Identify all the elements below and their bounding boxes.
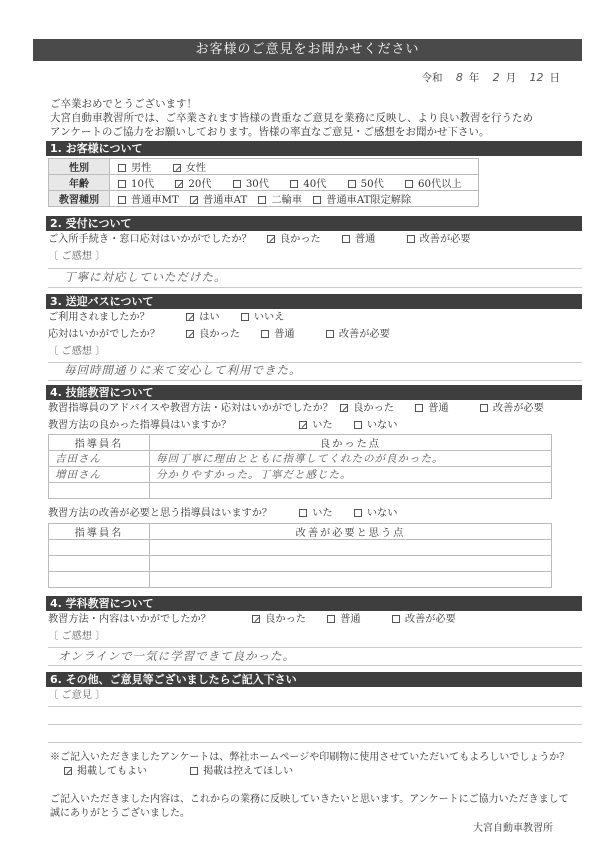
option-label: 30代 — [246, 179, 269, 190]
option-60s-plus[interactable]: 60代以上 — [405, 175, 462, 190]
checkbox-icon[interactable] — [190, 767, 198, 775]
age-options: 10代 20代 30代 40代 50代 60代以上 — [110, 175, 479, 191]
gender-options: 男性 女性 — [110, 159, 479, 175]
good-instructor-row: 教習方法の良かった指導員はいますか？ いた いない — [48, 419, 415, 433]
instructor-name-cell[interactable] — [49, 540, 150, 556]
checkbox-icon[interactable] — [327, 615, 335, 623]
thanks-line: ご記入いただきました内容は、これからの業務に反映していきたいと思います。アンケー… — [50, 793, 569, 807]
improve-instructor-row: 教習方法の改善が必要と思う指導員はいますか？ いた いない — [48, 507, 415, 521]
date-field: 令和 8年 2月 12日 — [421, 70, 560, 85]
table-row — [49, 572, 552, 588]
section-heading-shuttle-bus: 3. 送迎バスについて — [46, 294, 582, 309]
option-label: 男性 — [131, 163, 151, 174]
intro-text: ご卒業おめでとうございます！ 大宮自動車教習所では、ご卒業されます皆様の貴重なご… — [50, 97, 580, 139]
option-label: 60代以上 — [418, 179, 462, 190]
section-heading-customer: 1. お客様について — [46, 141, 582, 156]
option-at-limit-removal[interactable]: 普通車AT限定解除 — [313, 191, 411, 206]
option-20s[interactable]: 20代 — [175, 175, 211, 190]
column-header: 指導員名 — [49, 524, 150, 540]
checkbox-icon[interactable] — [480, 404, 488, 412]
checkbox-checked-icon[interactable] — [340, 404, 348, 412]
instructor-name-cell[interactable] — [49, 556, 150, 572]
option-male[interactable]: 男性 — [118, 159, 151, 174]
intro-line: 大宮自動車教習所では、ご卒業されます皆様の貴重なご意見を業務に反映し、より良い教… — [50, 111, 580, 125]
good-point-cell[interactable] — [150, 483, 552, 499]
checkbox-icon[interactable] — [326, 330, 334, 338]
table-row: 性別 男性 女性 — [49, 159, 479, 175]
question-text: 教習方法の改善が必要と思う指導員はいますか？ — [48, 507, 296, 521]
option-label: 普通 — [274, 329, 294, 340]
form-title: お客様のご意見をお聞かせください — [33, 39, 582, 61]
option-no[interactable]: いない — [354, 507, 398, 521]
checkbox-icon[interactable] — [290, 180, 298, 188]
option-normal[interactable]: 普通 — [327, 613, 360, 627]
other-comment-line[interactable] — [48, 742, 582, 743]
option-label: 50代 — [361, 179, 384, 190]
date-day[interactable]: 12 — [530, 71, 544, 84]
checkbox-icon[interactable] — [313, 196, 321, 204]
comment-label: 〔 ご感想 〕 — [48, 630, 105, 644]
date-year-unit: 年 — [469, 72, 480, 84]
improvement-point-cell[interactable] — [150, 556, 552, 572]
consent-question: ※ご記入いただきましたアンケートは、弊社ホームページや印刷物に使用させていただい… — [50, 751, 569, 765]
checkbox-icon[interactable] — [342, 235, 350, 243]
table-row: 吉田さん 毎回丁寧に理由とともに指導してくれたのが良かった。 — [49, 451, 552, 467]
option-label: 普通 — [428, 403, 448, 414]
checkbox-checked-icon[interactable] — [267, 235, 275, 243]
question-text: ご利用されましたか？ — [48, 311, 183, 325]
intro-line: ご卒業おめでとうございます！ — [50, 97, 580, 111]
checkbox-icon[interactable] — [261, 330, 269, 338]
checkbox-icon[interactable] — [354, 421, 362, 429]
checkbox-checked-icon[interactable] — [190, 196, 198, 204]
date-month-unit: 月 — [506, 72, 517, 84]
instructor-name-cell[interactable]: 吉田さん — [49, 451, 150, 467]
date-era: 令和 — [421, 72, 442, 84]
divider — [48, 665, 582, 666]
comment-label: 〔 ご意見 〕 — [48, 689, 105, 703]
checkbox-icon[interactable] — [241, 313, 249, 321]
option-at[interactable]: 普通車AT — [190, 191, 247, 206]
checkbox-icon[interactable] — [233, 180, 241, 188]
option-normal[interactable]: 普通 — [342, 233, 375, 247]
checkbox-icon[interactable] — [348, 180, 356, 188]
instructor-name-cell[interactable]: 増田さん — [49, 467, 150, 483]
option-label: 普通車AT — [203, 195, 247, 206]
option-needs-improvement[interactable]: 改善が必要 — [480, 402, 544, 416]
option-needs-improvement[interactable]: 改善が必要 — [392, 613, 456, 627]
question-text: 教習方法・内容はいかがでしたか？ — [48, 613, 249, 627]
table-row: 教習種別 普通車MT 普通車AT 二輪車 普通車AT限定解除 — [49, 191, 479, 207]
option-label: 良かった — [265, 614, 306, 625]
option-40s[interactable]: 40代 — [290, 175, 326, 190]
option-normal[interactable]: 普通 — [415, 402, 448, 416]
question-text: ご入所手続き・窓口応対はいかがでしたか？ — [48, 234, 252, 245]
option-label: 良かった — [199, 329, 240, 340]
section-heading-reception: 2. 受付について — [46, 216, 582, 231]
bus-comment[interactable]: 毎回時間通りに来て安心して利用できた。 — [64, 362, 302, 378]
table-row — [49, 483, 552, 499]
option-good[interactable]: 良かった — [252, 613, 306, 627]
option-label: 10代 — [131, 179, 154, 190]
column-header: 改善が必要と思う点 — [150, 524, 552, 540]
classroom-question-row: 教習方法・内容はいかがでしたか？ 良かった 普通 改善が必要 — [48, 613, 474, 627]
option-yes[interactable]: はい — [186, 311, 219, 325]
option-10s[interactable]: 10代 — [118, 175, 154, 190]
option-no[interactable]: いいえ — [241, 311, 285, 325]
divider — [48, 287, 582, 288]
checkbox-checked-icon[interactable] — [186, 330, 194, 338]
checkbox-icon[interactable] — [392, 615, 400, 623]
option-label: いた — [312, 420, 332, 431]
option-label: いない — [367, 420, 398, 431]
option-label: 女性 — [186, 163, 206, 174]
checkbox-icon[interactable] — [118, 180, 126, 188]
date-day-unit: 日 — [550, 72, 561, 84]
instructor-name-cell[interactable] — [49, 572, 150, 588]
date-month[interactable]: 2 — [493, 71, 500, 84]
signature: 大宮自動車教習所 — [473, 822, 553, 836]
other-comment-line[interactable] — [48, 724, 582, 725]
option-no[interactable]: いない — [354, 419, 398, 433]
table-header: 指導員名 改善が必要と思う点 — [49, 524, 552, 540]
table-header: 指導員名 良かった点 — [49, 435, 552, 451]
checkbox-icon[interactable] — [118, 164, 126, 172]
option-yes[interactable]: いた — [299, 507, 332, 521]
classroom-comment[interactable]: オンラインで一気に学習できて良かった。 — [58, 648, 295, 664]
good-point-cell[interactable]: 毎回丁寧に理由とともに指導してくれたのが良かった。 — [150, 451, 552, 467]
intro-line: アンケートのご協力をお願いしております。皆様の率直なご意見・ご感想をお聞かせ下さ… — [50, 125, 580, 139]
checkbox-checked-icon[interactable] — [299, 421, 307, 429]
table-row: 年齢 10代 20代 30代 40代 50代 60代以上 — [49, 175, 479, 191]
table-row — [49, 556, 552, 572]
option-label: いない — [367, 508, 398, 519]
course-options: 普通車MT 普通車AT 二輪車 普通車AT限定解除 — [110, 191, 479, 207]
row-label: 年齢 — [49, 175, 110, 191]
table-row: 増田さん 分かりやすかった。丁寧だと感じた。 — [49, 467, 552, 483]
checkbox-checked-icon[interactable] — [64, 767, 72, 775]
consent-options: 掲載してもよい 掲載は控えてほしい — [64, 765, 311, 779]
table-row — [49, 540, 552, 556]
option-label: 普通車AT限定解除 — [326, 195, 411, 206]
option-label: 20代 — [188, 179, 211, 190]
option-allow-publish[interactable]: 掲載してもよい — [64, 765, 147, 779]
option-label: 改善が必要 — [339, 329, 390, 340]
checkbox-checked-icon[interactable] — [186, 313, 194, 321]
option-label: 二輪車 — [271, 195, 302, 206]
option-label: 改善が必要 — [405, 614, 456, 625]
option-50s[interactable]: 50代 — [348, 175, 384, 190]
instructor-rating-row: 教習指導員のアドバイスや教習方法・応対はいかがでしたか？ 良かった 普通 改善が… — [48, 402, 562, 416]
other-comment-line[interactable] — [48, 706, 582, 707]
option-label: 改善が必要 — [493, 403, 544, 414]
customer-info-table: 性別 男性 女性 年齢 10代 20代 30代 40代 50代 60代以上 教習… — [48, 158, 479, 207]
question-text: 応対はいかがでしたか？ — [48, 328, 183, 342]
option-normal[interactable]: 普通 — [261, 328, 294, 342]
option-label: 良かった — [353, 403, 394, 414]
option-motorcycle[interactable]: 二輪車 — [258, 191, 302, 206]
checkbox-icon[interactable] — [407, 235, 415, 243]
thanks-line: 誠にありがとうございました。 — [50, 807, 190, 821]
comment-label: 〔 ご感想 〕 — [48, 250, 105, 264]
option-label: いいえ — [254, 312, 285, 323]
checkbox-icon[interactable] — [118, 196, 126, 204]
option-female[interactable]: 女性 — [173, 159, 206, 174]
improve-instructor-table: 指導員名 改善が必要と思う点 — [48, 523, 552, 588]
option-good[interactable]: 良かった — [186, 328, 240, 342]
option-label: 改善が必要 — [420, 234, 471, 245]
checkbox-icon[interactable] — [405, 180, 413, 188]
instructor-name-cell[interactable] — [49, 483, 150, 499]
bus-usage-row: ご利用されましたか？ はい いいえ — [48, 311, 302, 325]
option-label: 掲載してもよい — [77, 766, 147, 777]
reception-question-row: ご入所手続き・窓口応対はいかがでしたか？ 良かった 普通 改善が必要 — [48, 233, 489, 247]
checkbox-icon[interactable] — [299, 509, 307, 517]
option-30s[interactable]: 30代 — [233, 175, 269, 190]
checkbox-checked-icon[interactable] — [175, 180, 183, 188]
checkbox-checked-icon[interactable] — [173, 164, 181, 172]
section-heading-other: 6. その他、ご意見等ございましたらご記入下さい — [46, 672, 582, 687]
option-mt[interactable]: 普通車MT — [118, 191, 179, 206]
section-heading-classroom: 4. 学科教習について — [46, 596, 582, 611]
good-point-cell[interactable]: 分かりやすかった。丁寧だと感じた。 — [150, 467, 552, 483]
option-good[interactable]: 良かった — [340, 402, 394, 416]
row-label: 性別 — [49, 159, 110, 175]
good-instructor-table: 指導員名 良かった点 吉田さん 毎回丁寧に理由とともに指導してくれたのが良かった… — [48, 434, 552, 499]
improvement-point-cell[interactable] — [150, 540, 552, 556]
improvement-point-cell[interactable] — [150, 572, 552, 588]
option-label: 普通 — [355, 234, 375, 245]
option-needs-improvement[interactable]: 改善が必要 — [407, 233, 471, 247]
row-label: 教習種別 — [49, 191, 110, 207]
checkbox-icon[interactable] — [354, 509, 362, 517]
section-heading-driving-lessons: 4. 技能教習について — [46, 385, 582, 400]
option-label: 40代 — [303, 179, 326, 190]
option-label: 普通 — [340, 614, 360, 625]
option-decline-publish[interactable]: 掲載は控えてほしい — [190, 765, 293, 779]
option-label: 掲載は控えてほしい — [203, 766, 293, 777]
divider — [48, 380, 582, 381]
option-label: いた — [312, 508, 332, 519]
option-yes[interactable]: いた — [299, 419, 332, 433]
date-year[interactable]: 8 — [456, 71, 463, 84]
question-text: 教習指導員のアドバイスや教習方法・応対はいかがでしたか？ — [48, 403, 333, 414]
question-text: 教習方法の良かった指導員はいますか？ — [48, 419, 296, 433]
reception-comment[interactable]: 丁寧に対応していただけた。 — [64, 269, 227, 285]
option-good[interactable]: 良かった — [267, 233, 321, 247]
checkbox-checked-icon[interactable] — [252, 615, 260, 623]
checkbox-icon[interactable] — [258, 196, 266, 204]
option-label: はい — [199, 312, 219, 323]
checkbox-icon[interactable] — [415, 404, 423, 412]
column-header: 良かった点 — [150, 435, 552, 451]
option-needs-improvement[interactable]: 改善が必要 — [326, 328, 390, 342]
bus-service-row: 応対はいかがでしたか？ 良かった 普通 改善が必要 — [48, 328, 408, 342]
comment-label: 〔 ご感想 〕 — [48, 345, 105, 359]
column-header: 指導員名 — [49, 435, 150, 451]
option-label: 普通車MT — [131, 195, 179, 206]
option-label: 良かった — [280, 234, 321, 245]
